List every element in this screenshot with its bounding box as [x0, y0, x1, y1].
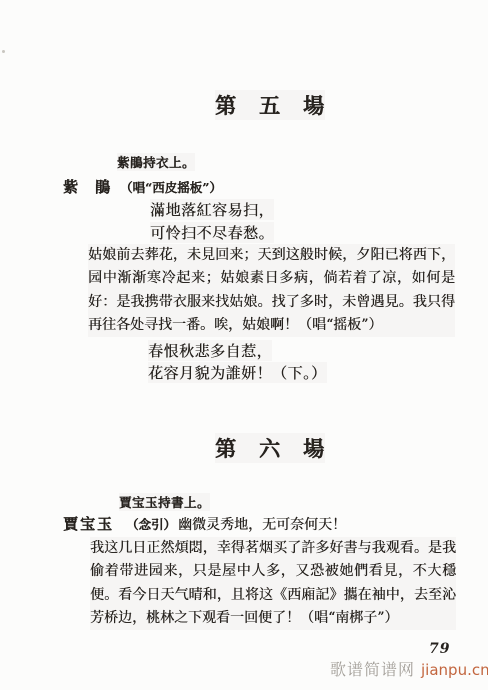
monologue-line: 便。看今日天气晴和，且将这《西廂記》攜在袖中，去至沁 — [90, 584, 456, 607]
recitation-text: 幽微灵秀地，无可奈何天！ — [178, 514, 346, 534]
scene6-speaker-line: 賈宝玉 （念引） 幽微灵秀地，无可奈何天！ — [63, 513, 346, 534]
scene6-title: 第 六 場 — [215, 433, 325, 463]
page-number: 79 — [429, 641, 450, 657]
scanned-script-page: 第 五 場 紫鵑持衣上。 紫 鵑 （唱“西皮摇板”） 滿地落紅容易扫， 可怜扫不… — [0, 0, 488, 690]
watermark: 歌谱简谱网 jianpu.cn — [330, 657, 488, 680]
scan-speck — [2, 50, 5, 53]
monologue-line: 好：是我携带衣服来找姑娘。找了多时，未曾遇見。我只得 — [88, 291, 455, 314]
scene5-speaker-line: 紫 鵑 （唱“西皮摇板”） — [63, 176, 222, 197]
verse-line: 可怜扫不尽春愁。 — [150, 222, 274, 243]
monologue-line: 姑娘前去葬花，未見回来；天到这般时候，夕阳已将西下， — [88, 244, 455, 267]
verse-line: 花容月貌为誰妍！（下。） — [148, 362, 327, 383]
watermark-site-name: 歌谱简谱网 — [330, 657, 415, 680]
speaker-name-jiabaoyu: 賈宝玉 — [63, 513, 114, 534]
monologue-line: 芳桥边，桃林之下观看一回便了！（唱“南梆子”） — [90, 607, 456, 630]
baoyu-monologue: 我这几日正然煩悶，幸得茗烟买了許多好書与我观看。是我 偷着带进园来，只是屋中人多… — [90, 537, 456, 630]
monologue-line: 再往各处寻找一番。唉，姑娘啊！（唱“摇板”） — [88, 314, 455, 337]
scene6-stage-direction: 賈宝玉持書上。 — [119, 493, 210, 511]
verse-line: 春恨秋悲多自惹， — [148, 340, 272, 361]
monologue-line: 偷着带进园来，只是屋中人多，又恐被她們看見，不大穩 — [90, 560, 456, 583]
monologue-line: 我这几日正然煩悶，幸得茗烟买了許多好書与我观看。是我 — [90, 537, 456, 560]
verse-line: 滿地落紅容易扫， — [150, 199, 274, 220]
watermark-site-url[interactable]: jianpu.cn — [421, 661, 488, 679]
monologue-line: 园中渐渐寒冷起来；姑娘素日多病，倘若着了凉，如何是 — [88, 267, 455, 290]
scene5-title: 第 五 場 — [215, 90, 325, 120]
speaker-name-zijuan: 紫 鵑 — [63, 176, 111, 197]
recite-tag-nianyin: （念引） — [126, 515, 176, 533]
zijuan-monologue: 姑娘前去葬花，未見回来；天到这般时候，夕阳已将西下， 园中渐渐寒冷起来；姑娘素日… — [88, 244, 455, 337]
scene5-stage-direction: 紫鵑持衣上。 — [117, 153, 195, 171]
aria-tag-xipi-yaoban: （唱“西皮摇板”） — [120, 178, 222, 196]
